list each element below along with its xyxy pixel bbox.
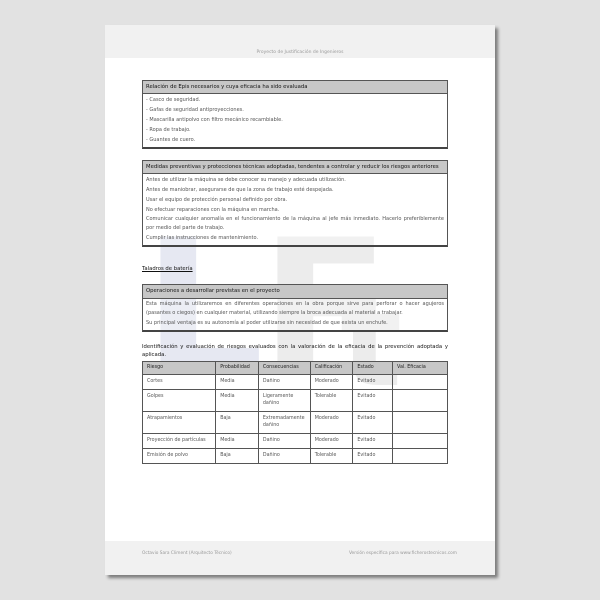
list-item: - Guantes de cuero. bbox=[146, 135, 444, 145]
list-item: Antes de utilizar la máquina se debe con… bbox=[146, 175, 444, 185]
table-cell: Extremadamente dañino bbox=[258, 411, 310, 433]
operations-box: Operaciones a desarrollar previstas en e… bbox=[142, 284, 448, 331]
paragraph: Su principal ventaja es su autonomía al … bbox=[146, 318, 444, 328]
table-cell: Emisión de polvo bbox=[143, 448, 216, 463]
table-cell: Evitado bbox=[353, 448, 393, 463]
table-cell: Dañino bbox=[258, 448, 310, 463]
list-item: - Mascarilla antipolvo con filtro mecáni… bbox=[146, 115, 444, 125]
measures-list: Antes de utilizar la máquina se debe con… bbox=[143, 174, 447, 245]
table-row: AtrapamientosBajaExtremadamente dañinoMo… bbox=[143, 411, 448, 433]
page-footer: Octavio Sara Climent (Arquitecto Técnico… bbox=[105, 541, 495, 575]
table-cell: Media bbox=[216, 389, 259, 411]
table-cell bbox=[393, 374, 448, 389]
table-cell: Atrapamientos bbox=[143, 411, 216, 433]
paragraph: Esta máquina la utilizaremos en diferent… bbox=[146, 300, 444, 318]
table-cell: Evitado bbox=[353, 433, 393, 448]
list-item: - Ropa de trabajo. bbox=[146, 125, 444, 135]
section-title: Taladros de batería bbox=[142, 266, 448, 272]
column-header: Estado bbox=[353, 361, 393, 374]
table-cell: Proyección de partículas bbox=[143, 433, 216, 448]
table-cell bbox=[393, 411, 448, 433]
table-cell: Baja bbox=[216, 411, 259, 433]
table-cell: Evitado bbox=[353, 411, 393, 433]
column-header: Val. Eficacia bbox=[393, 361, 448, 374]
operations-text: Esta máquina la utilizaremos en diferent… bbox=[143, 299, 447, 330]
epis-box-title: Relación de Epis necesarios y cuya efica… bbox=[143, 81, 447, 94]
table-cell: Moderado bbox=[310, 374, 353, 389]
table-cell: Evitado bbox=[353, 389, 393, 411]
risk-table-title: Identificación y evaluación de riesgos e… bbox=[142, 343, 448, 359]
table-cell: Moderado bbox=[310, 411, 353, 433]
table-row: Proyección de partículasMediaDañinoModer… bbox=[143, 433, 448, 448]
column-header: Consecuencias bbox=[258, 361, 310, 374]
list-item: Cumplir las instrucciones de mantenimien… bbox=[146, 233, 444, 243]
table-cell: Tolerable bbox=[310, 389, 353, 411]
table-cell: Tolerable bbox=[310, 448, 353, 463]
list-item: Antes de maniobrar, asegurarse de que la… bbox=[146, 185, 444, 195]
epis-box: Relación de Epis necesarios y cuya efica… bbox=[142, 80, 448, 149]
table-cell: Cortes bbox=[143, 374, 216, 389]
risk-table: Riesgo Probabilidad Consecuencias Califi… bbox=[142, 361, 448, 464]
table-row: CortesMediaDañinoModeradoEvitado bbox=[143, 374, 448, 389]
measures-box-title: Medidas preventivas y protecciones técni… bbox=[143, 161, 447, 174]
table-cell: Media bbox=[216, 433, 259, 448]
column-header: Riesgo bbox=[143, 361, 216, 374]
table-cell: Evitado bbox=[353, 374, 393, 389]
list-item: - Casco de seguridad. bbox=[146, 95, 444, 105]
document-page: Proyecto de Justificación de Ingenieros … bbox=[105, 25, 495, 575]
table-cell: Ligeramente dañino bbox=[258, 389, 310, 411]
table-cell bbox=[393, 448, 448, 463]
table-row: Emisión de polvoBajaDañinoTolerableEvita… bbox=[143, 448, 448, 463]
table-cell: Dañino bbox=[258, 374, 310, 389]
table-cell: Baja bbox=[216, 448, 259, 463]
list-item: Usar el equipo de protección personal de… bbox=[146, 195, 444, 205]
page-header: Proyecto de Justificación de Ingenieros bbox=[105, 25, 495, 58]
footer-author: Octavio Sara Climent (Arquitecto Técnico… bbox=[142, 551, 232, 556]
table-header-row: Riesgo Probabilidad Consecuencias Califi… bbox=[143, 361, 448, 374]
measures-box: Medidas preventivas y protecciones técni… bbox=[142, 160, 448, 247]
list-item: No efectuar reparaciones con la máquina … bbox=[146, 205, 444, 215]
table-row: GolpesMediaLigeramente dañinoTolerableEv… bbox=[143, 389, 448, 411]
column-header: Calificación bbox=[310, 361, 353, 374]
list-item: Comunicar cualquier anomalía en el funci… bbox=[146, 215, 444, 233]
table-cell: Media bbox=[216, 374, 259, 389]
table-cell: Dañino bbox=[258, 433, 310, 448]
page-content: Relación de Epis necesarios y cuya efica… bbox=[142, 80, 448, 464]
column-header: Probabilidad bbox=[216, 361, 259, 374]
table-cell bbox=[393, 433, 448, 448]
header-title: Proyecto de Justificación de Ingenieros bbox=[105, 50, 495, 55]
table-cell: Moderado bbox=[310, 433, 353, 448]
epis-list: - Casco de seguridad. - Gafas de segurid… bbox=[143, 94, 447, 147]
footer-version: Versión específica para www.ficherostecn… bbox=[349, 551, 457, 556]
table-cell bbox=[393, 389, 448, 411]
table-cell: Golpes bbox=[143, 389, 216, 411]
list-item: - Gafas de seguridad antiproyecciones. bbox=[146, 105, 444, 115]
operations-box-title: Operaciones a desarrollar previstas en e… bbox=[143, 285, 447, 298]
